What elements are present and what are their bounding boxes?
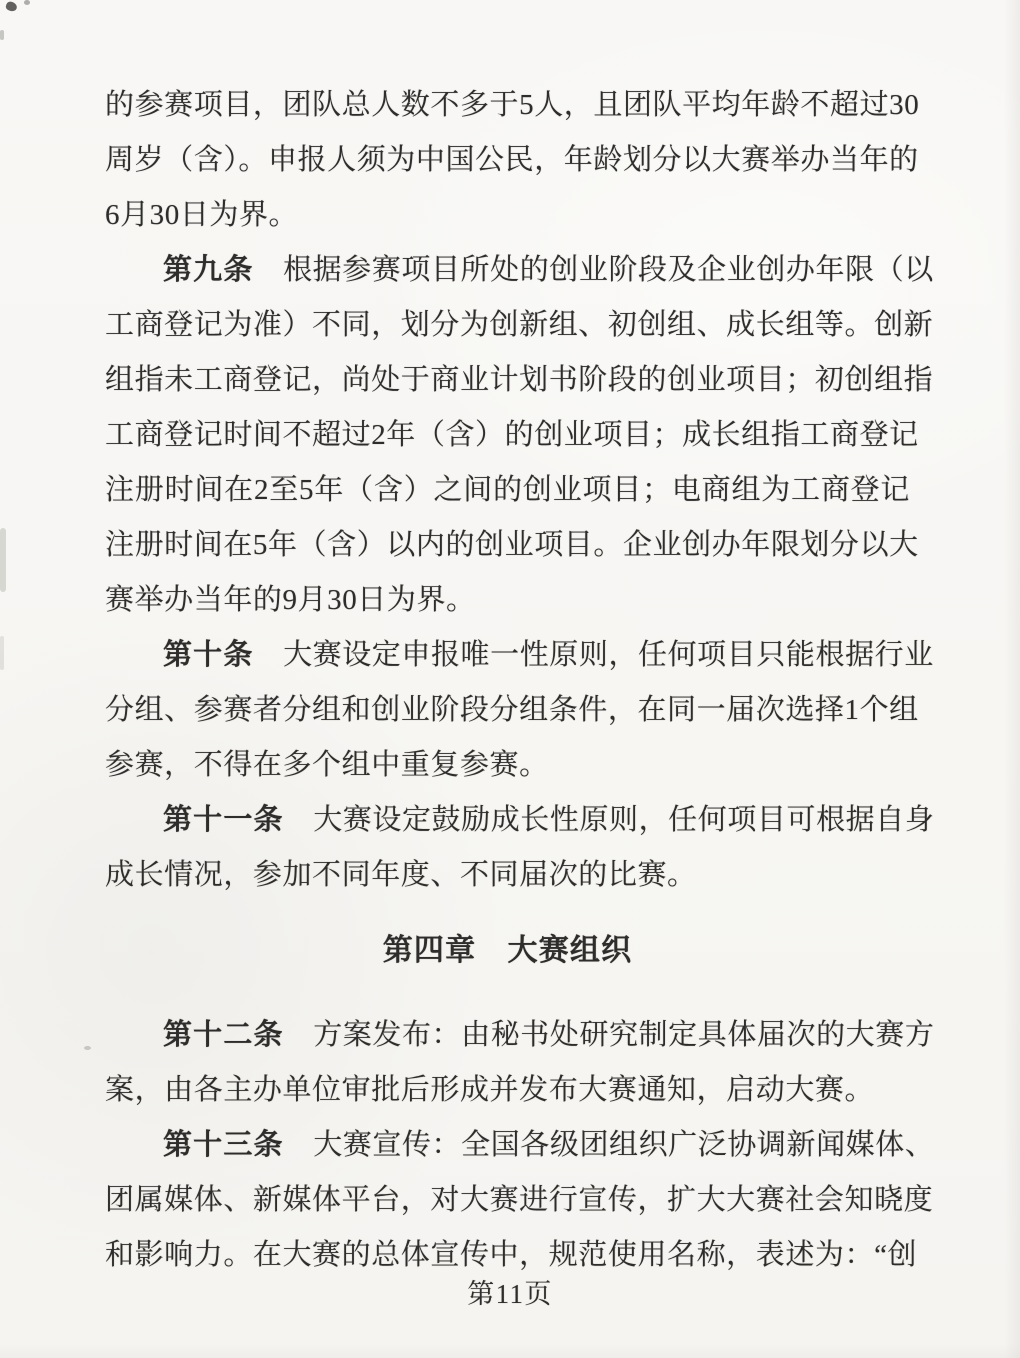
text-line: 第十一条 大赛设定鼓励成长性原则，任何项目可根据自身	[105, 793, 910, 848]
text-line: 团属媒体、新媒体平台，对大赛进行宣传，扩大大赛社会知晓度	[105, 1173, 910, 1228]
article-number-text: 第十条	[163, 639, 253, 671]
text-line: 注册时间在2至5年（含）之间的创业项目；电商组为工商登记	[105, 463, 910, 518]
line-text: 的参赛项目，团队总人数不多于5人，且团队平均年龄不超过30	[105, 89, 919, 121]
text-line: 赛举办当年的9月30日为界。	[105, 573, 910, 628]
scan-edge-shading	[1004, 0, 1020, 1358]
scanned-document-page: 的参赛项目，团队总人数不多于5人，且团队平均年龄不超过30周岁（含）。申报人须为…	[0, 0, 1020, 1358]
article-number-text: 第九条	[163, 254, 253, 286]
scan-speck	[0, 30, 4, 40]
line-text: 注册时间在5年（含）以内的创业项目。企业创办年限划分以大	[105, 529, 919, 561]
text-line: 注册时间在5年（含）以内的创业项目。企业创办年限划分以大	[105, 518, 910, 573]
text-line: 的参赛项目，团队总人数不多于5人，且团队平均年龄不超过30	[105, 78, 910, 133]
text-line: 第九条 根据参赛项目所处的创业阶段及企业创办年限（以	[105, 243, 910, 298]
line-text: 大赛设定鼓励成长性原则，任何项目可根据自身	[284, 804, 935, 836]
scan-speck	[84, 1046, 91, 1050]
line-text: 方案发布：由秘书处研究制定具体届次的大赛方	[284, 1019, 935, 1051]
text-line: 分组、参赛者分组和创业阶段分组条件，在同一届次选择1个组	[105, 683, 910, 738]
line-text: 注册时间在2至5年（含）之间的创业项目；电商组为工商登记	[105, 474, 910, 506]
document-body: 的参赛项目，团队总人数不多于5人，且团队平均年龄不超过30周岁（含）。申报人须为…	[105, 78, 910, 1283]
scan-speck	[24, 0, 30, 5]
line-text: 参赛，不得在多个组中重复参赛。	[105, 749, 549, 781]
line-text: 大赛宣传：全国各级团组织广泛协调新闻媒体、	[284, 1129, 935, 1161]
text-line: 组指未工商登记，尚处于商业计划书阶段的创业项目；初创组指	[105, 353, 910, 408]
text-line: 成长情况，参加不同年度、不同届次的比赛。	[105, 848, 910, 903]
article-number-text: 第十一条	[163, 804, 284, 836]
text-line: 周岁（含）。申报人须为中国公民，年龄划分以大赛举办当年的	[105, 133, 910, 188]
page-number: 第11页	[0, 1272, 1020, 1311]
line-text: 成长情况，参加不同年度、不同届次的比赛。	[105, 859, 697, 891]
text-line: 6月30日为界。	[105, 188, 910, 243]
article-number-text: 第十二条	[163, 1019, 284, 1051]
line-text: 和影响力。在大赛的总体宣传中，规范使用名称，表述为：“创	[105, 1239, 917, 1271]
line-text: 分组、参赛者分组和创业阶段分组条件，在同一届次选择1个组	[105, 694, 919, 726]
article-number-text: 第十三条	[163, 1129, 284, 1161]
line-text: 案，由各主办单位审批后形成并发布大赛通知，启动大赛。	[105, 1074, 874, 1106]
text-line: 工商登记时间不超过2年（含）的创业项目；成长组指工商登记	[105, 408, 910, 463]
scan-speck	[5, 1, 18, 13]
scan-smudge	[0, 636, 4, 670]
line-text: 工商登记为准）不同，划分为创新组、初创组、成长组等。创新	[105, 309, 933, 341]
text-line: 案，由各主办单位审批后形成并发布大赛通知，启动大赛。	[105, 1063, 910, 1118]
text-line: 参赛，不得在多个组中重复参赛。	[105, 738, 910, 793]
article-number-text: 第四章 大赛组织	[383, 934, 633, 967]
text-line: 第十三条 大赛宣传：全国各级团组织广泛协调新闻媒体、	[105, 1118, 910, 1173]
chapter-heading: 第四章 大赛组织	[105, 923, 910, 978]
scan-smudge	[0, 528, 6, 592]
line-text: 大赛设定申报唯一性原则，任何项目只能根据行业	[253, 639, 933, 671]
text-line: 第十条 大赛设定申报唯一性原则，任何项目只能根据行业	[105, 628, 910, 683]
text-line: 第十二条 方案发布：由秘书处研究制定具体届次的大赛方	[105, 1008, 910, 1063]
text-line: 工商登记为准）不同，划分为创新组、初创组、成长组等。创新	[105, 298, 910, 353]
line-text: 工商登记时间不超过2年（含）的创业项目；成长组指工商登记	[105, 419, 919, 451]
line-text: 团属媒体、新媒体平台，对大赛进行宣传，扩大大赛社会知晓度	[105, 1184, 933, 1216]
line-text: 周岁（含）。申报人须为中国公民，年龄划分以大赛举办当年的	[105, 144, 919, 176]
line-text: 组指未工商登记，尚处于商业计划书阶段的创业项目；初创组指	[105, 364, 933, 396]
line-text: 6月30日为界。	[105, 199, 298, 231]
line-text: 赛举办当年的9月30日为界。	[105, 584, 476, 616]
line-text: 根据参赛项目所处的创业阶段及企业创办年限（以	[253, 254, 933, 286]
scan-edge-shading	[0, 1344, 1020, 1358]
